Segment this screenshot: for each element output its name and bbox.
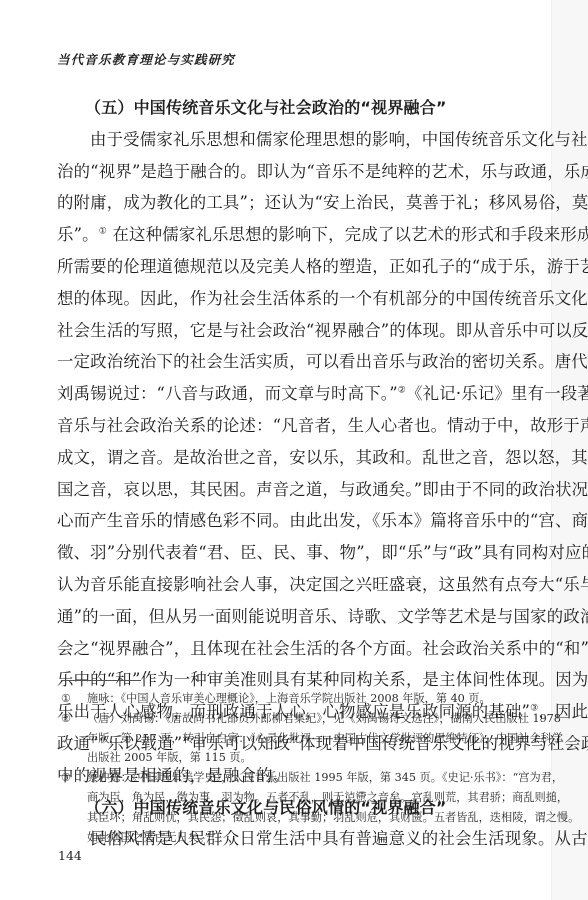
- footnote-line: 商为臣，角为民，徵为事，羽为物。五者不乱，则无惉懘之音矣。宫乱则荒，其君骄；商乱…: [87, 788, 579, 808]
- footnote-1: ① 施咏：《中国人音乐审美心理概论》，上海音乐学院出版社 2008 年版，第 4…: [61, 689, 541, 709]
- running-head: 当代音乐教育理论与实践研究: [57, 50, 235, 68]
- paragraph-line: 认为音乐能直接影响社会人事，决定国之兴旺盛衰，这虽然有点夸大“乐与政: [57, 569, 543, 601]
- paragraph-line: 会之“视界融合”，且体现在社会生活的各个方面。社会政治关系中的“和”与音: [57, 633, 543, 665]
- footnote-mark: ③: [61, 768, 87, 847]
- footnote-line: 蔡仲德：《中国音乐美学史》，人民音乐出版社 1995 年版，第 345 页。《史…: [87, 768, 579, 788]
- paragraph-line: 社会生活的写照，它是与社会政治“视界融合”的体现。即从音乐中可以反映出: [57, 315, 543, 347]
- paragraph-line: 音乐与社会政治关系的论述：“凡音者，生人心者也。情动于中，故形于声。声: [57, 410, 543, 442]
- paragraph-line: 所需要的伦理道德规范以及完美人格的塑造，正如孔子的“成于乐，游于艺”思: [57, 251, 543, 283]
- line-text: 《礼记·乐记》里有一段著名的: [406, 384, 588, 403]
- paragraph-line: 一定政治统治下的社会生活实质，可以看出音乐与政治的密切关系。唐代诗人: [57, 346, 543, 378]
- footnote-line: 出版社 2005 年版，第 115 页。: [87, 748, 563, 768]
- footnote-mark: ②: [61, 709, 87, 768]
- section-heading: （五）中国传统音乐文化与社会政治的“视界融合”: [57, 92, 543, 124]
- page-number: 144: [58, 848, 82, 863]
- line-text: 刘禹锡说过：“八音与政通，而文章与时高下。”: [57, 384, 398, 403]
- footnote-mark: ①: [61, 689, 87, 709]
- paragraph-line: 心而产生音乐的情感色彩不同。由此出发，《乐本》篇将音乐中的“宫、商、角、: [57, 505, 543, 537]
- footnote-2: ② （唐）刘禹锡：《唐故尚书礼部员外郎柳君集纪》，见《刘禹锡诗文选注》，湖南人民…: [61, 709, 541, 768]
- paragraph-line: 刘禹锡说过：“八音与政通，而文章与时高下。”②《礼记·乐记》里有一段著名的: [57, 378, 543, 410]
- footnote-ref[interactable]: ①: [99, 227, 107, 237]
- footnote-separator: [61, 680, 141, 681]
- paragraph-line: 治的“视界”是趋于融合的。即认为“音乐不是纯粹的艺术，乐与政通，乐成为礼: [57, 156, 543, 188]
- paragraph-line: 的附庸，成为教化的工具”；还认为“安上治民，莫善于礼；移风易俗，莫善于: [57, 187, 543, 219]
- footnotes: ① 施咏：《中国人音乐审美心理概论》，上海音乐学院出版社 2008 年版，第 4…: [61, 689, 541, 847]
- paragraph-line: 通”的一面，但从另一面则能说明音乐、诗歌、文学等艺术是与国家的政治和社: [57, 601, 543, 633]
- footnote-line: 其臣坏；角乱则忧，其民怨；徵乱则哀，其事勤；羽乱则危，其财匮。五者皆乱，迭相陵，…: [87, 808, 579, 828]
- paragraph-line: 乐”。① 在这种儒家礼乐思想的影响下，完成了以艺术的形式和手段来形成社会: [57, 219, 543, 251]
- paragraph-line: 想的体现。因此，作为社会生活体系的一个有机部分的中国传统音乐文化，它是: [57, 283, 543, 315]
- paragraph-line: 成文，谓之音。是故治世之音，安以乐，其政和。乱世之音，怨以怒，其政乖。亡: [57, 442, 543, 474]
- footnote-line: 年版，第 257 页，转引自白寅：《心灵化批评——中国古代文学批评的思维特征》，…: [87, 729, 563, 749]
- footnote-3: ③ 蔡仲德：《中国音乐美学史》，人民音乐出版社 1995 年版，第 345 页。…: [61, 768, 541, 847]
- paragraph-line: 由于受儒家礼乐思想和儒家伦理思想的影响，中国传统音乐文化与社会政: [57, 124, 543, 156]
- footnote-line: （唐）刘禹锡：《唐故尚书礼部员外郎柳君集纪》，见《刘禹锡诗文选注》，湖南人民出版…: [87, 709, 563, 729]
- footnote-line: 施咏：《中国人音乐审美心理概论》，上海音乐学院出版社 2008 年版，第 40 …: [87, 689, 541, 709]
- paragraph-line: 国之音，哀以思，其民困。声音之道，与政通矣。”即由于不同的政治状况感动人: [57, 474, 543, 506]
- footnote-line: 如此则国之灭亡无日矣。”: [87, 828, 579, 848]
- paragraph-line: 徵、羽”分别代表着“君、臣、民、事、物”，即“乐”与“政”具有同构对应的关系，且: [57, 537, 543, 569]
- footnote-ref[interactable]: ②: [398, 386, 406, 396]
- line-text: 在这种儒家礼乐思想的影响下，完成了以艺术的形式和手段来形成社会: [107, 225, 588, 244]
- line-text: 乐”。: [57, 225, 99, 244]
